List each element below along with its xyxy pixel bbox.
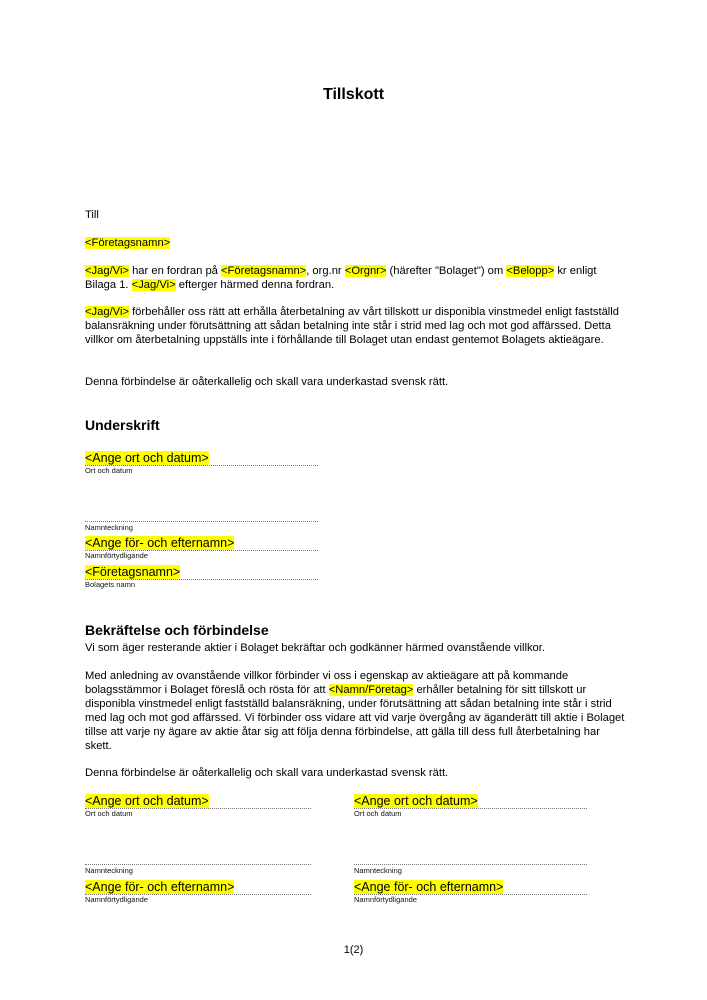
signer-1-place-date-field: <Ange ort och datum> Ort och datum bbox=[85, 794, 311, 819]
name-placeholder[interactable]: <Ange för- och efternamn> bbox=[85, 536, 234, 550]
company-field: <Företagsnamn> Bolagets namn bbox=[85, 565, 318, 590]
confirmation-heading: Bekräftelse och förbindelse bbox=[85, 622, 269, 638]
place-date-placeholder[interactable]: <Ange ort och datum> bbox=[354, 794, 478, 808]
name-label: Namnförtydligande bbox=[85, 895, 311, 905]
text: (härefter "Bolaget") om bbox=[386, 265, 506, 277]
placeholder-jag-vi-3[interactable]: <Jag/Vi> bbox=[85, 306, 129, 318]
place-date-placeholder[interactable]: <Ange ort och datum> bbox=[85, 451, 209, 465]
place-date-label: Ort och datum bbox=[85, 466, 318, 476]
placeholder-amount[interactable]: <Belopp> bbox=[506, 265, 554, 277]
name-placeholder[interactable]: <Ange för- och efternamn> bbox=[85, 880, 234, 894]
signature-label: Namnteckning bbox=[354, 866, 402, 876]
placeholder-orgnr[interactable]: <Orgnr> bbox=[345, 265, 387, 277]
signer-1-signature-line[interactable] bbox=[85, 864, 311, 865]
placeholder-jag-vi[interactable]: <Jag/Vi> bbox=[85, 265, 129, 277]
recipient-placeholder[interactable]: <Företagsnamn> bbox=[85, 237, 170, 249]
placeholder-company[interactable]: <Företagsnamn> bbox=[221, 265, 306, 277]
signer-2-place-date-field: <Ange ort och datum> Ort och datum bbox=[354, 794, 587, 819]
company-placeholder[interactable]: <Företagsnamn> bbox=[85, 565, 180, 579]
place-date-label: Ort och datum bbox=[85, 809, 311, 819]
document-title: Tillskott bbox=[0, 86, 707, 104]
text: , org.nr bbox=[306, 265, 345, 277]
paragraph-irrevocable: Denna förbindelse är oåterkallelig och s… bbox=[85, 375, 625, 389]
signature-heading: Underskrift bbox=[85, 417, 160, 433]
place-date-field: <Ange ort och datum> Ort och datum bbox=[85, 451, 318, 476]
paragraph-reservation: <Jag/Vi> förbehåller oss rätt att erhåll… bbox=[85, 305, 625, 347]
name-label: Namnförtydligande bbox=[85, 551, 318, 561]
name-placeholder[interactable]: <Ange för- och efternamn> bbox=[354, 880, 503, 894]
text: har en fordran på bbox=[129, 265, 221, 277]
name-field: <Ange för- och efternamn> Namnförtydliga… bbox=[85, 536, 318, 561]
signer-2-signature-line[interactable] bbox=[354, 864, 587, 865]
to-label: Till bbox=[85, 208, 625, 222]
name-label: Namnförtydligande bbox=[354, 895, 587, 905]
placeholder-name-company[interactable]: <Namn/Företag> bbox=[329, 684, 414, 696]
signer-2-name-field: <Ange för- och efternamn> Namnförtydliga… bbox=[354, 880, 587, 905]
page-number: 1(2) bbox=[0, 944, 707, 956]
placeholder-jag-vi-2[interactable]: <Jag/Vi> bbox=[132, 279, 176, 291]
recipient-line: <Företagsnamn> bbox=[85, 236, 625, 250]
text: förbehåller oss rätt att erhålla återbet… bbox=[85, 306, 619, 346]
text: efterger härmed denna fordran. bbox=[176, 279, 335, 291]
place-date-placeholder[interactable]: <Ange ort och datum> bbox=[85, 794, 209, 808]
confirmation-intro: Vi som äger resterande aktier i Bolaget … bbox=[85, 641, 625, 655]
signature-label: Namnteckning bbox=[85, 866, 133, 876]
confirmation-body: Med anledning av ovanstående villkor för… bbox=[85, 669, 625, 753]
signature-label: Namnteckning bbox=[85, 523, 133, 533]
confirmation-closing: Denna förbindelse är oåterkallelig och s… bbox=[85, 766, 625, 780]
signer-1-name-field: <Ange för- och efternamn> Namnförtydliga… bbox=[85, 880, 311, 905]
paragraph-claim: <Jag/Vi> har en fordran på <Företagsnamn… bbox=[85, 264, 625, 292]
signature-line[interactable] bbox=[85, 521, 318, 522]
company-label: Bolagets namn bbox=[85, 580, 318, 590]
place-date-label: Ort och datum bbox=[354, 809, 587, 819]
